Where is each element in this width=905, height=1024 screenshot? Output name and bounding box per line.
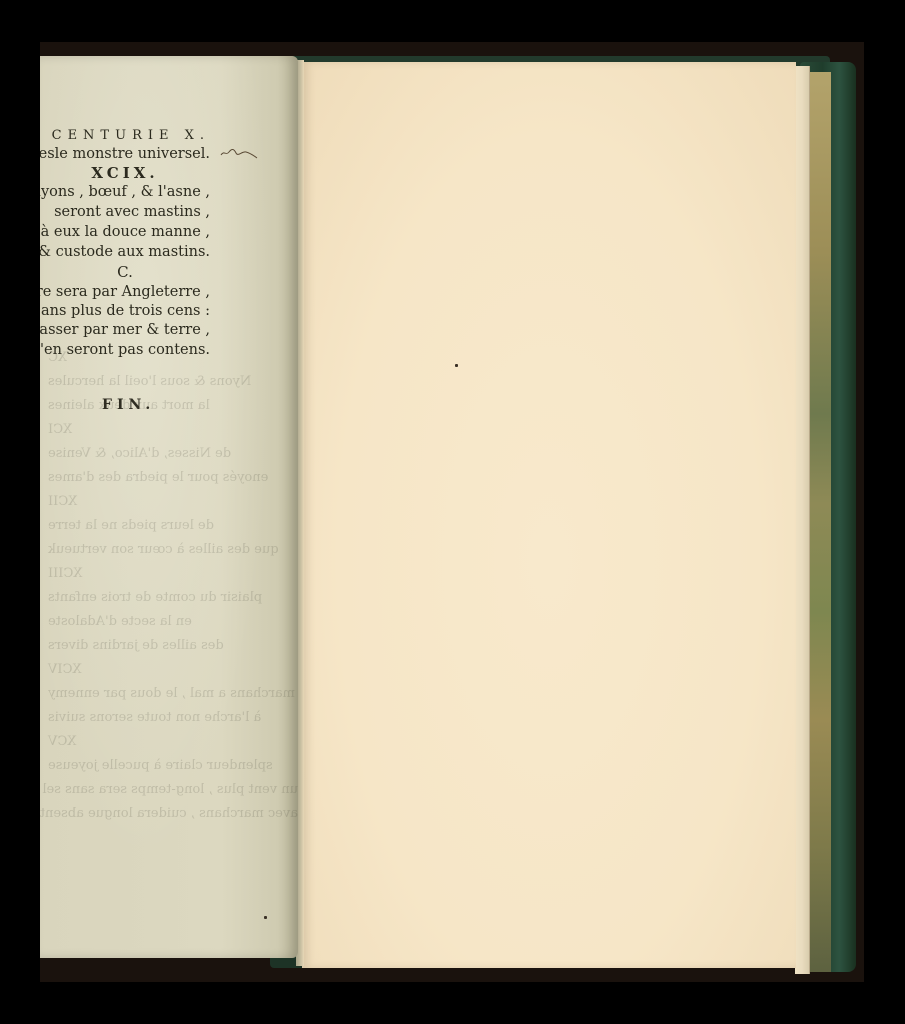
right-page-blank [302,62,796,968]
show-through-text: XC Nyons & sous l'oeil la hercules la mo… [40,346,298,826]
ghost-line: XCIII [40,562,298,586]
handwritten-annotation [220,146,258,160]
verse-line: des ans plus de trois cens : [40,303,210,319]
verse-line: & custode aux mastins. [40,244,210,260]
ghost-line: XCV [40,730,298,754]
verse-line: s passer par mer & terre , [40,322,210,338]
verse-line: ire sera par Angleterre , [40,284,210,300]
ghost-line: XCIV [40,658,298,682]
book-photo: XC Nyons & sous l'oeil la hercules la mo… [40,42,864,982]
quatrain-number: C. [40,264,210,280]
left-page: XC Nyons & sous l'oeil la hercules la mo… [40,56,298,958]
quatrain-number: XCIX. [40,165,210,181]
page-block-edges [795,66,810,974]
ghost-line: XCII [40,490,298,514]
verse-line: esle monstre universel. [40,146,210,162]
end-marker-fin: FIN. [102,397,155,413]
verse-line: n'en seront pas contens. [40,342,210,358]
marbled-endpaper-edge [808,72,831,972]
paper-speck [455,364,458,367]
paper-speck [264,916,267,919]
ghost-line: XCI [40,418,298,442]
verse-line: seront avec mastins , [54,204,210,220]
verse-line: a à eux la douce manne , [40,224,210,240]
verse-line: , le lyons , bœuf , & l'asne , [40,184,210,200]
running-header: CENTURIE X. [52,128,210,144]
